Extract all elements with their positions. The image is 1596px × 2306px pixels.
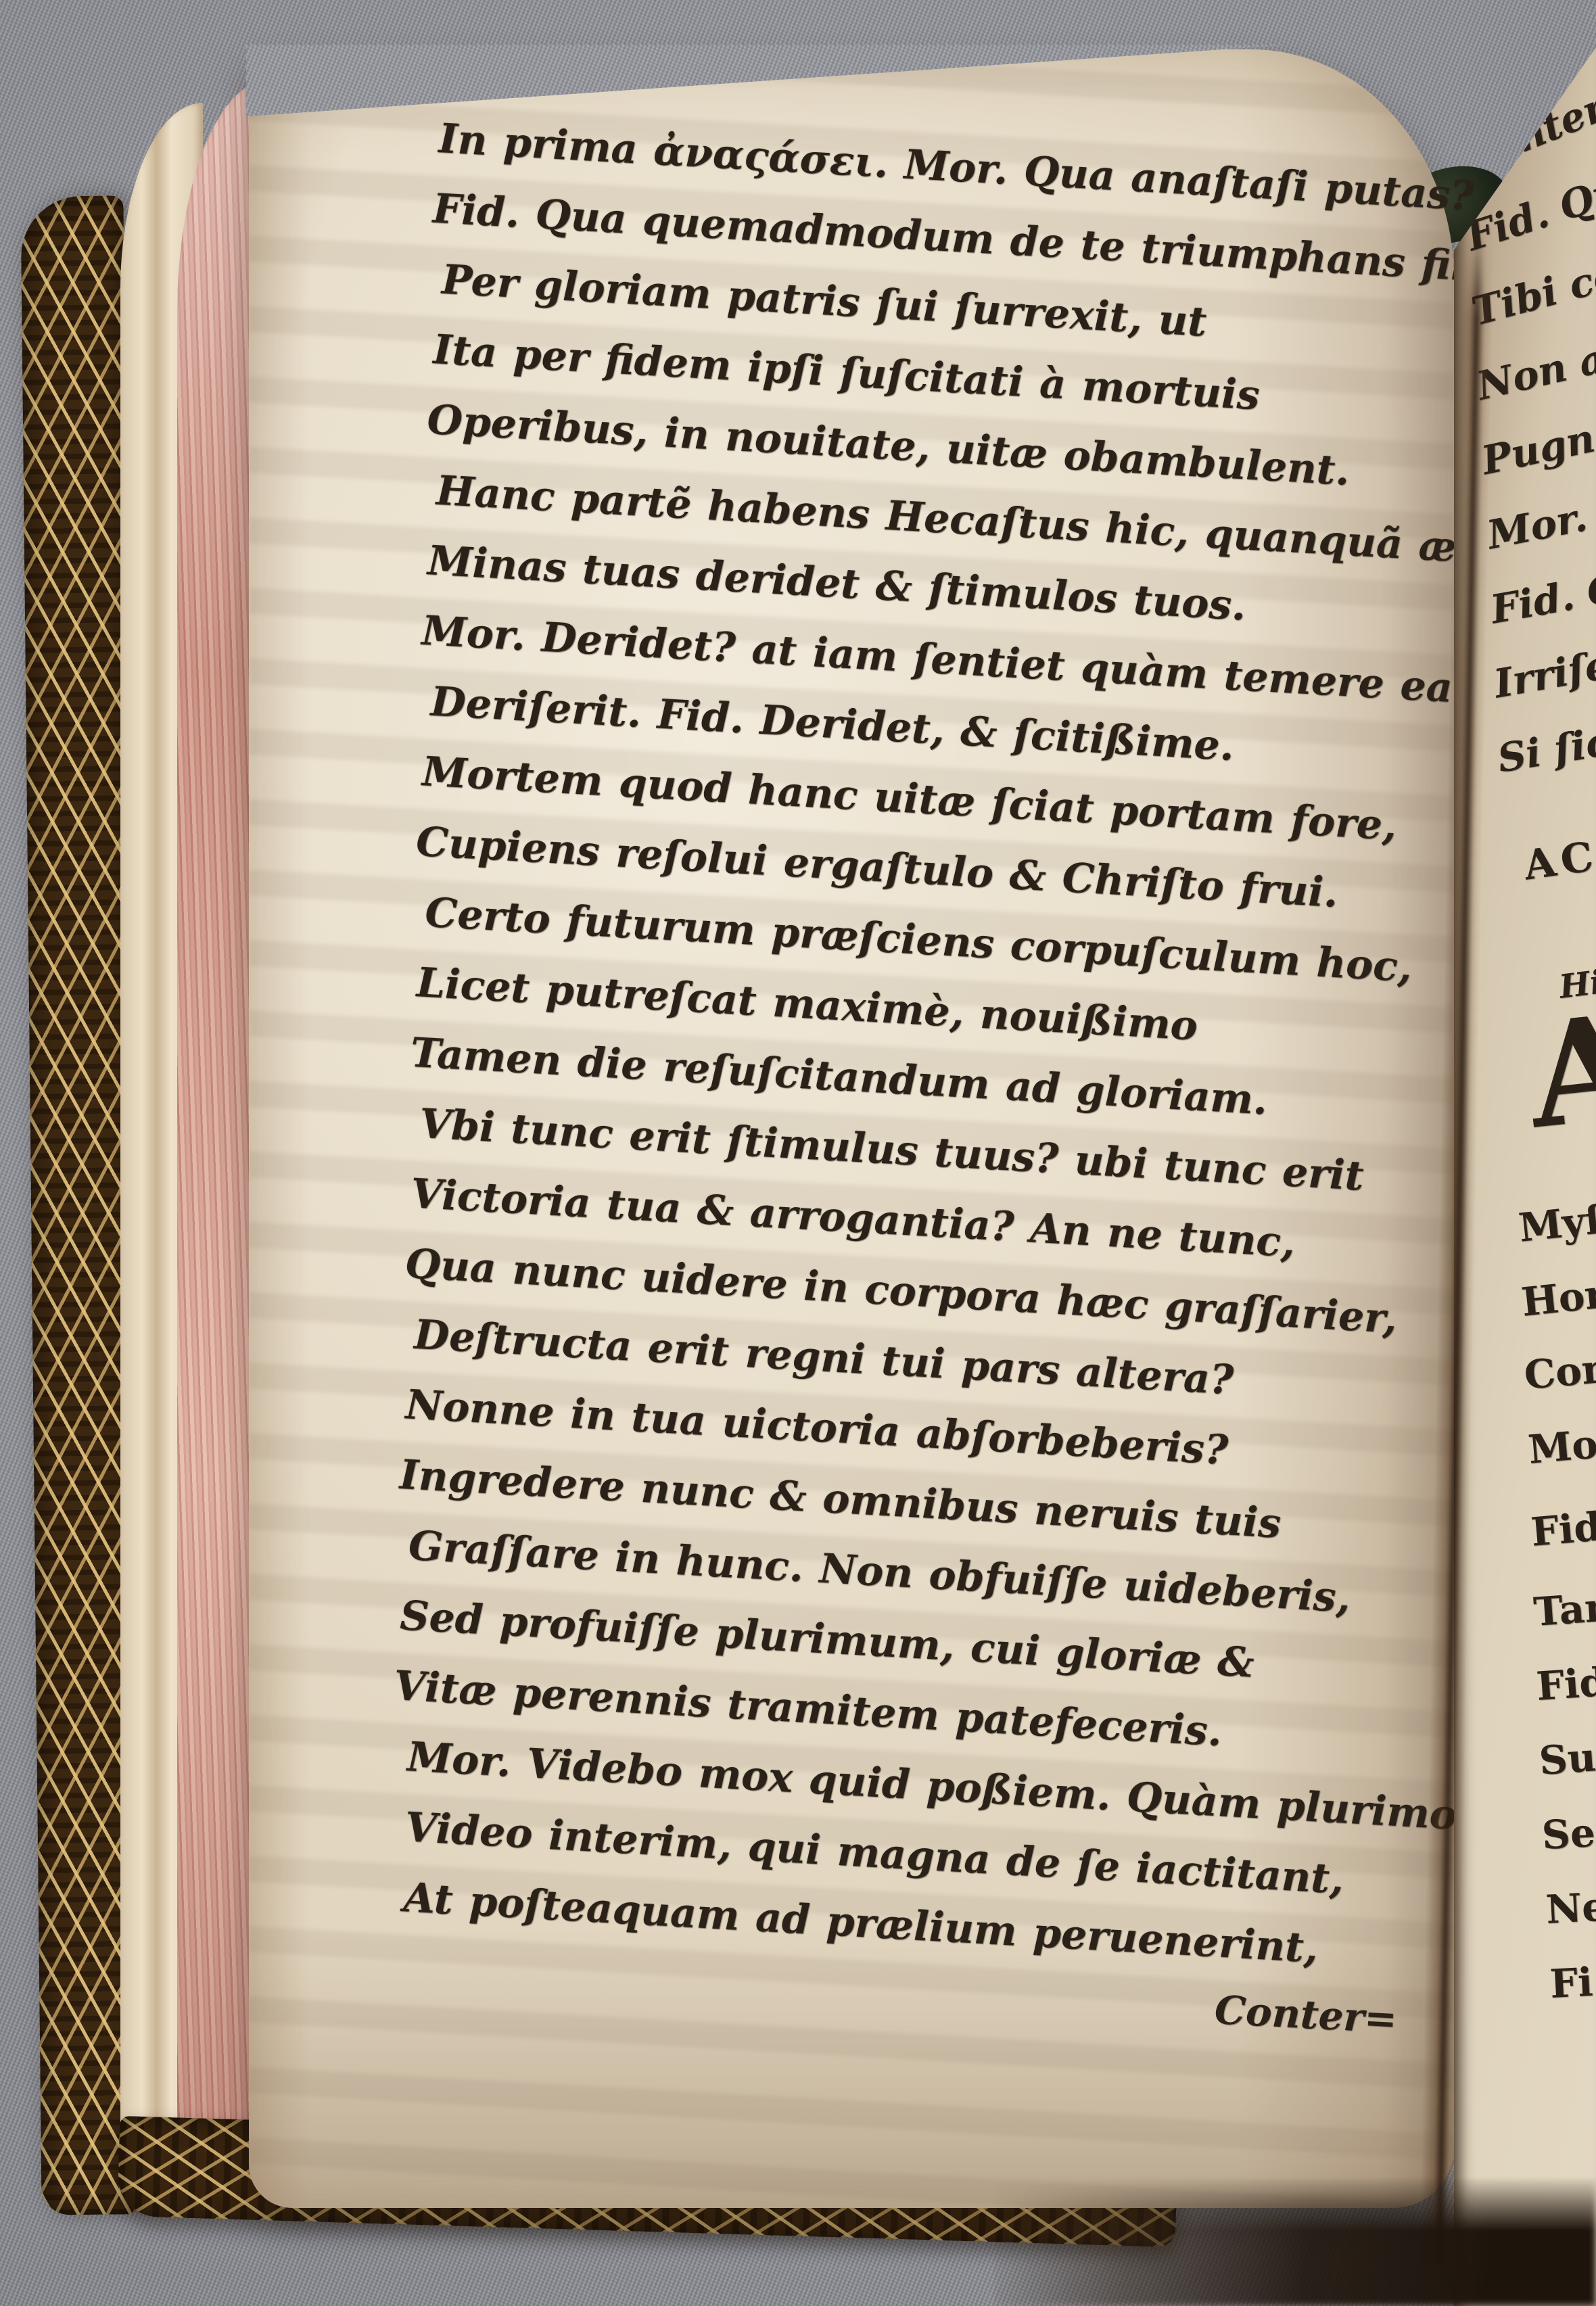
text-fragment: Confi — [1522, 1342, 1596, 1398]
text-fragment: Sun — [1538, 1732, 1596, 1784]
text-fragment: Horu — [1519, 1268, 1596, 1325]
left-page-text: In prima ἀναςάσει. Mor. Qua anaſtaſi put… — [392, 103, 1553, 1994]
catchword: Conter= — [1213, 1987, 1398, 2042]
text-fragment: Fide — [1535, 1657, 1596, 1710]
text-fragment: Tan — [1532, 1584, 1596, 1635]
text-fragment: Myſte — [1516, 1192, 1596, 1251]
text-fragment: Fid. Con — [1487, 555, 1596, 632]
text-fragment: Pugnaue — [1478, 398, 1596, 484]
drop-cap-initial: A — [1523, 1002, 1596, 1141]
left-page: In prima ἀναςάσει. Mor. Qua anaſtaſi put… — [249, 49, 1454, 2208]
text-fragment: Irriſeri — [1491, 635, 1596, 707]
text-fragment: Ne — [1545, 1883, 1596, 1933]
text-fragment: Mox — [1526, 1419, 1596, 1473]
text-fragment: Sed — [1541, 1808, 1596, 1858]
act-heading-fragment: ACT — [1521, 828, 1596, 890]
open-book-photo: In prima ἀναςάσει. Mor. Qua anaſtaſi put… — [0, 0, 1596, 2306]
text-fragment: Fido — [1529, 1501, 1596, 1555]
book-bottom-shadow — [994, 2176, 1596, 2306]
text-fragment: Si ſic ag — [1495, 708, 1596, 782]
text-fragment: Mor. T — [1484, 486, 1596, 558]
text-fragment: Fi — [1549, 1959, 1594, 2007]
